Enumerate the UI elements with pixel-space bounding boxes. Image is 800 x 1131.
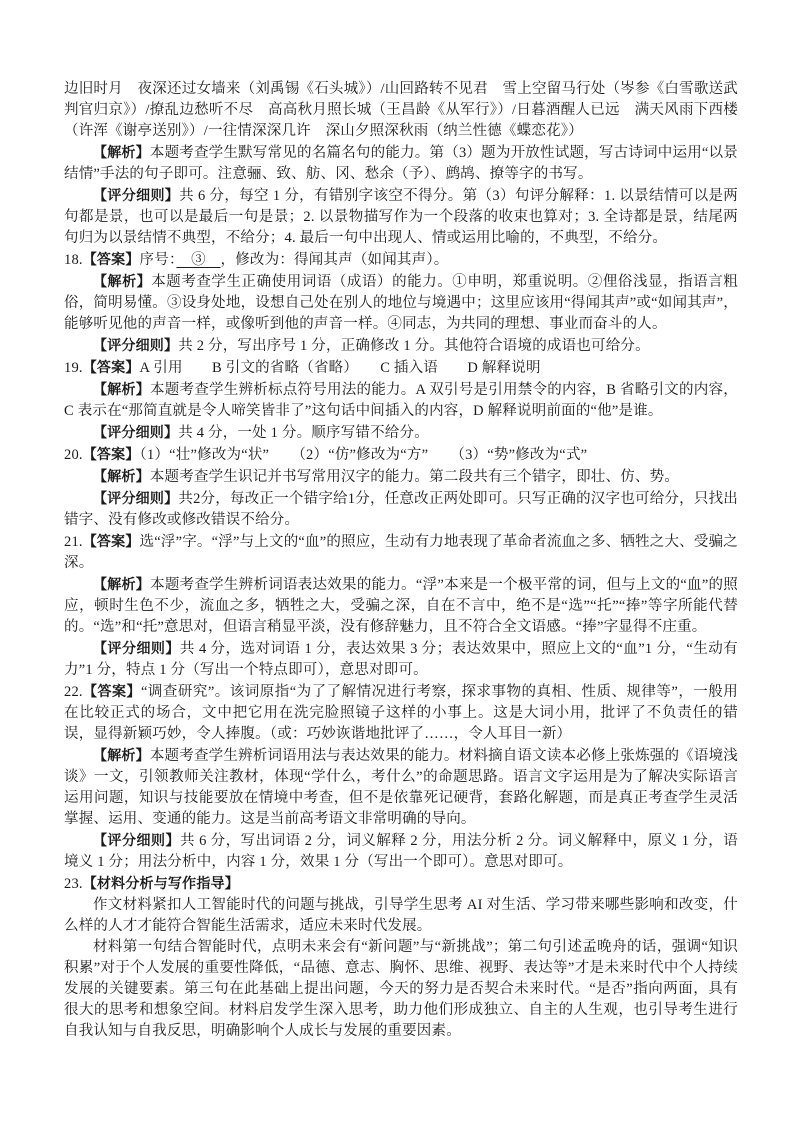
question-number: 21. xyxy=(64,534,83,550)
paragraph: 【评分细则】共2分，每改正一个错字给1分，任意改正两处即可。只写正确的汉字也可给… xyxy=(64,488,738,531)
paragraph: 18.【答案】序号： ③ ，修改为：得闻其声（如闻其声）。 xyxy=(64,249,738,271)
paragraph: 【评分细则】共 6 分，写出词语 2 分，词义解释 2 分，用法分析 2 分。词… xyxy=(64,830,738,873)
text-run: 选“浮”字。“浮”与上文的“血”的照应，生动有力地表现了革命者流血之多、牺牲之大… xyxy=(64,534,738,571)
paragraph: 【解析】本题考查学生辨析词语用法与表达效果的能力。材料摘自语文读本必修上张炼强的… xyxy=(64,745,738,830)
paragraph: 20.【答案】（1）“壮”修改为“状” （2）“仿”修改为“方” （3）“势”修… xyxy=(64,444,738,466)
section-label: 【答案】 xyxy=(83,683,141,699)
text-run: “调查研究”。该词原指“为了了解情况进行考察，探求事物的真相、性质、规律等”，一… xyxy=(64,684,738,742)
text-run: 本题考查学生识记并书写常用汉字的能力。第二段共有三个错字，即壮、仿、势。 xyxy=(150,469,679,485)
paragraph: 【解析】本题考查学生辨析标点符号用法的能力。A 双引号是引用禁令的内容，B 省略… xyxy=(64,379,738,422)
document-body: 边旧时月 夜深还过女墙来（刘禹锡《石头城》）/山回路转不见君 雪上空留马行处（岑… xyxy=(0,0,800,1042)
text-run: 本题考查学生默写常见的名篇名句的能力。第（3）题为开放性试题，写古诗词中运用“以… xyxy=(64,145,738,182)
underlined-answer: ③ xyxy=(176,252,220,268)
paragraph: 边旧时月 夜深还过女墙来（刘禹锡《石头城》）/山回路转不见君 雪上空留马行处（岑… xyxy=(64,79,738,142)
paragraph: 【评分细则】共 2 分，写出序号 1 分，正确修改 1 分。其他符合语境的成语也… xyxy=(64,335,738,357)
section-label: 【答案】 xyxy=(83,359,140,375)
text-run: 共 2 分，写出序号 1 分，正确修改 1 分。其他符合语境的成语也可给分。 xyxy=(178,338,650,354)
question-number: 20. xyxy=(64,447,83,463)
paragraph: 【解析】本题考查学生正确使用词语（成语）的能力。①申明，郑重说明。②俚俗浅显，指… xyxy=(64,271,738,335)
text-run: （1）“壮”修改为“状” （2）“仿”修改为“方” （3）“势”修改为“式” xyxy=(140,447,588,463)
paragraph: 【解析】本题考查学生识记并书写常用汉字的能力。第二段共有三个错字，即壮、仿、势。 xyxy=(64,466,738,488)
text-run: 本题考查学生辨析词语用法与表达效果的能力。材料摘自语文读本必修上张炼强的《语境浅… xyxy=(64,748,738,827)
text-run: 序号： xyxy=(140,252,177,268)
question-number: 22. xyxy=(64,684,83,700)
paragraph: 21.【答案】选“浮”字。“浮”与上文的“血”的照应，生动有力地表现了革命者流血… xyxy=(64,531,738,574)
section-label: 【解析】 xyxy=(93,381,150,397)
text-run: 边旧时月 夜深还过女墙来（刘禹锡《石头城》）/山回路转不见君 雪上空留马行处（岑… xyxy=(64,81,738,139)
paragraph: 【评分细则】共 6 分，每空 1 分，有错别字该空不得分。第（3）句评分解释：1… xyxy=(64,185,738,249)
paragraph: 材料第一句结合智能时代，点明未来会有“新问题”与“新挑战”；第二句引述孟晚舟的话… xyxy=(64,937,738,1042)
section-label: 【答案】 xyxy=(83,251,140,267)
text-run: 本题考查学生辨析词语表达效果的能力。“浮”本来是一个极平常的词，但与上文的“血”… xyxy=(64,577,738,635)
section-label: 【解析】 xyxy=(93,468,150,484)
section-label: 【答案】 xyxy=(83,446,140,462)
section-label: 【评分细则】 xyxy=(93,640,180,656)
paragraph: 【解析】本题考查学生辨析词语表达效果的能力。“浮”本来是一个极平常的词，但与上文… xyxy=(64,574,738,638)
paragraph: 22.【答案】“调查研究”。该词原指“为了了解情况进行考察，探求事物的真相、性质… xyxy=(64,681,738,745)
question-number: 19. xyxy=(64,360,83,376)
paragraph: 23.【材料分析与写作指导】 xyxy=(64,873,738,895)
question-number: 23. xyxy=(64,876,83,892)
text-run: 材料第一句结合智能时代，点明未来会有“新问题”与“新挑战”；第二句引述孟晚舟的话… xyxy=(64,939,738,1039)
text-run: 本题考查学生正确使用词语（成语）的能力。①申明，郑重说明。②俚俗浅显，指语言粗俗… xyxy=(64,274,738,332)
text-run: 本题考查学生辨析标点符号用法的能力。A 双引号是引用禁令的内容，B 省略引文的内… xyxy=(64,382,738,419)
section-label: 【评分细则】 xyxy=(93,337,178,353)
text-run: 共 4 分，一处 1 分。顺序写错不给分。 xyxy=(178,425,429,441)
text-run: ，修改为：得闻其声（如闻其声）。 xyxy=(221,252,449,268)
paragraph: 【解析】本题考查学生默写常见的名篇名句的能力。第（3）题为开放性试题，写古诗词中… xyxy=(64,142,738,185)
paragraph: 作文材料紧扣人工智能时代的问题与挑战，引导学生思考 AI 对生活、学习带来哪些影… xyxy=(64,895,738,937)
section-label: 【解析】 xyxy=(93,273,151,289)
paragraph: 19.【答案】A 引用 B 引文的省略（省略） C 插入语 D 解释说明 xyxy=(64,357,738,379)
section-label: 【解析】 xyxy=(93,576,150,592)
section-label: 【解析】 xyxy=(93,144,150,160)
section-label: 【评分细则】 xyxy=(93,187,179,203)
text-run: A 引用 B 引文的省略（省略） C 插入语 D 解释说明 xyxy=(140,360,541,376)
section-label: 【评分细则】 xyxy=(93,832,180,848)
section-label: 【答案】 xyxy=(83,533,140,549)
section-label: 【材料分析与写作指导】 xyxy=(83,875,239,891)
section-label: 【评分细则】 xyxy=(93,424,178,440)
text-run: 作文材料紧扣人工智能时代的问题与挑战，引导学生思考 AI 对生活、学习带来哪些影… xyxy=(64,897,738,934)
paragraph: 【评分细则】共 4 分，一处 1 分。顺序写错不给分。 xyxy=(64,422,738,444)
document-page: 边旧时月 夜深还过女墙来（刘禹锡《石头城》）/山回路转不见君 雪上空留马行处（岑… xyxy=(0,0,800,1131)
section-label: 【解析】 xyxy=(93,747,150,763)
paragraph: 【评分细则】共 4 分，选对词语 1 分，表达效果 3 分；表达效果中，照应上文… xyxy=(64,638,738,681)
question-number: 18. xyxy=(64,252,83,268)
section-label: 【评分细则】 xyxy=(93,490,178,506)
